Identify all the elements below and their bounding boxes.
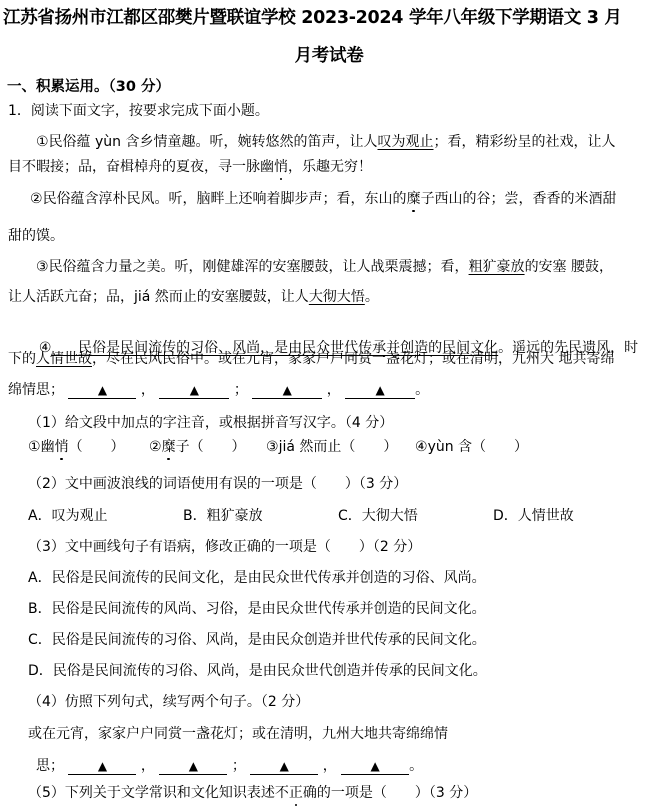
sub-question-3-prompt: （3）文中画线句子有语病，修改正确的一项是（ ）（2 分） bbox=[28, 537, 421, 557]
dotted-emphasis: 不正确 bbox=[275, 785, 317, 801]
option-a[interactable]: A．叹为观止 bbox=[28, 506, 108, 526]
dotted-char: 糜 bbox=[407, 191, 421, 207]
dotted-char: 悄 bbox=[274, 159, 288, 175]
text: 。 bbox=[365, 289, 379, 305]
wavy-underlined-word: 粗犷豪放 bbox=[469, 259, 525, 275]
answer-paren: （ ） bbox=[472, 439, 528, 455]
wavy-underlined-word: 人情世故 bbox=[36, 351, 92, 367]
separator: ； bbox=[232, 758, 246, 774]
text: jiá 然而止 bbox=[279, 439, 342, 455]
triangle-marker-icon: ▲ bbox=[189, 759, 198, 773]
text: ，乐趣无穷！ bbox=[288, 159, 372, 175]
item-number: ④ bbox=[415, 439, 428, 455]
triangle-marker-icon: ▲ bbox=[280, 759, 289, 773]
separator: ， bbox=[141, 382, 155, 398]
option-c[interactable]: C．民俗是民间流传的习俗、风尚，是由民众创造并世代传承的民间文化。 bbox=[28, 630, 486, 650]
option-c[interactable]: C．大彻大悟 bbox=[338, 506, 418, 526]
triangle-marker-icon: ▲ bbox=[376, 383, 385, 397]
separator: 。 bbox=[409, 758, 423, 774]
wavy-underlined-word: 叹为观止 bbox=[378, 134, 434, 150]
item-number: ① bbox=[28, 439, 41, 455]
option-a[interactable]: A．民俗是民间流传的民间文化，是由民众世代传承并创造的习俗、风尚。 bbox=[28, 568, 486, 588]
paragraph-3-line1: ③民俗蕴含力量之美。听，刚健雄浑的安塞腰鼓，让人战栗震撼；看，粗犷豪放的安塞 腰… bbox=[36, 257, 613, 277]
triangle-marker-icon: ▲ bbox=[98, 383, 107, 397]
wavy-underlined-word: 大彻大悟 bbox=[309, 289, 365, 305]
text: 民俗蕴含淳朴民风。听，脑畔上还响着脚步声；看，东山的 bbox=[43, 191, 407, 207]
answer-paren: （ ） bbox=[190, 439, 246, 455]
text: ，尽在民风民俗中。或在元宵，家家户户同赏一盏花灯；或在清明，九州大 地共寄绵 bbox=[92, 351, 614, 367]
paragraph-4-line2: 下的人情世故，尽在民风民俗中。或在元宵，家家户户同赏一盏花灯；或在清明，九州大 … bbox=[8, 349, 614, 369]
text: 子西山的谷；尝，香香的米酒甜 bbox=[421, 191, 617, 207]
text: yùn 含 bbox=[428, 439, 472, 455]
document-title-line1: 江苏省扬州市江都区邵樊片暨联谊学校 2023-2024 学年八年级下学期语文 3… bbox=[3, 6, 622, 30]
document-title-line2: 月考试卷 bbox=[0, 44, 658, 68]
sub-question-4-example-line1: 或在元宵，家家户户同赏一盏花灯；或在清明，九州大地共寄绵绵情 bbox=[28, 724, 448, 744]
answer-blank[interactable]: ▲ bbox=[252, 382, 322, 399]
text: （5）下列关于文学常识和文化知识表述 bbox=[28, 785, 275, 801]
paragraph-1-line1: ①民俗蕴 yùn 含乡情童趣。听，婉转悠然的笛声，让人叹为观止；看，精彩纷呈的社… bbox=[36, 132, 616, 152]
dotted-word: 不正确 bbox=[275, 785, 317, 801]
text: 让人活跃亢奋；品，jiá 然而止的安塞腰鼓，让人 bbox=[8, 289, 309, 305]
sub-question-2-prompt: （2）文中画波浪线的词语使用有误的一项是（ ）（3 分） bbox=[28, 474, 407, 494]
answer-blank[interactable]: ▲ bbox=[250, 758, 318, 775]
separator: ； bbox=[234, 382, 248, 398]
section-heading: 一、积累运用。（30 分） bbox=[7, 77, 170, 97]
text: 目不暇接；品，奋楫棹舟的夏夜，寻一脉幽 bbox=[8, 159, 274, 175]
paragraph-4-line3: 绵情思； ▲ ， ▲ ； ▲ ， ▲。 bbox=[8, 380, 429, 400]
sub-question-4-prompt: （4）仿照下列句式，续写两个句子。（2 分） bbox=[28, 692, 309, 712]
text: 的一项是（ ）（3 分） bbox=[317, 785, 477, 801]
paragraph-number: ① bbox=[36, 134, 49, 150]
text: ；看，精彩纷呈的社戏，让人 bbox=[434, 134, 616, 150]
option-b[interactable]: B．民俗是民间流传的风尚、习俗，是由民众世代传承并创造的民间文化。 bbox=[28, 599, 486, 619]
pinyin-item-2[interactable]: ②糜子（ ） bbox=[149, 437, 246, 457]
pinyin-item-1[interactable]: ①幽悄（ ） bbox=[28, 437, 125, 457]
option-d[interactable]: D．人情世故 bbox=[493, 506, 574, 526]
dotted-char: 悄 bbox=[55, 439, 69, 455]
paragraph-number: ③ bbox=[36, 259, 49, 275]
text: 子 bbox=[176, 439, 190, 455]
text: 民俗蕴含力量之美。听，刚健雄浑的安塞腰鼓，让人战栗震撼；看， bbox=[49, 259, 469, 275]
sub-question-1-prompt: （1）给文段中加点的字注音，或根据拼音写汉字。（4 分） bbox=[28, 413, 393, 433]
answer-blank[interactable]: ▲ bbox=[345, 382, 415, 399]
triangle-marker-icon: ▲ bbox=[283, 383, 292, 397]
paragraph-2-line1: ②民俗蕴含淳朴民风。听，脑畔上还响着脚步声；看，东山的糜子西山的谷；尝，香香的米… bbox=[30, 189, 617, 209]
pinyin-item-3[interactable]: ③jiá 然而止（ ） bbox=[266, 437, 397, 457]
text: 民俗蕴 yùn 含乡情童趣。听，婉转悠然的笛声，让人 bbox=[49, 134, 378, 150]
text: 绵情思； bbox=[8, 382, 64, 398]
answer-paren: （ ） bbox=[69, 439, 125, 455]
sub-question-4-example-line2: 思； ▲ ， ▲ ； ▲ ， ▲。 bbox=[36, 756, 423, 776]
answer-blank[interactable]: ▲ bbox=[68, 382, 136, 399]
question-intro: 1．阅读下面文字，按要求完成下面小题。 bbox=[8, 101, 269, 121]
paragraph-3-line2: 让人活跃亢奋；品，jiá 然而止的安塞腰鼓，让人大彻大悟。 bbox=[8, 287, 379, 307]
answer-blank[interactable]: ▲ bbox=[68, 758, 136, 775]
paragraph-number: ② bbox=[30, 191, 43, 207]
answer-blank[interactable]: ▲ bbox=[159, 758, 227, 775]
item-number: ③ bbox=[266, 439, 279, 455]
option-d[interactable]: D．民俗是民间流传的习俗、风尚，是由民众世代创造并传承的民间文化。 bbox=[28, 661, 487, 681]
text: 思； bbox=[36, 758, 64, 774]
text: 的安塞 腰鼓， bbox=[525, 259, 613, 275]
sub-question-5-prompt: （5）下列关于文学常识和文化知识表述不正确的一项是（ ）（3 分） bbox=[28, 783, 477, 803]
answer-blank[interactable]: ▲ bbox=[159, 382, 229, 399]
separator: ， bbox=[327, 382, 341, 398]
separator: 。 bbox=[415, 382, 429, 398]
separator: ， bbox=[323, 758, 337, 774]
dotted-char: 糜 bbox=[162, 439, 176, 455]
separator: ， bbox=[141, 758, 155, 774]
triangle-marker-icon: ▲ bbox=[98, 759, 107, 773]
pinyin-item-4[interactable]: ④yùn 含（ ） bbox=[415, 437, 528, 457]
answer-blank[interactable]: ▲ bbox=[341, 758, 409, 775]
triangle-marker-icon: ▲ bbox=[190, 383, 199, 397]
option-b[interactable]: B．粗犷豪放 bbox=[183, 506, 263, 526]
answer-paren: （ ） bbox=[341, 439, 397, 455]
triangle-marker-icon: ▲ bbox=[371, 759, 380, 773]
item-number: ② bbox=[149, 439, 162, 455]
paragraph-1-line2: 目不暇接；品，奋楫棹舟的夏夜，寻一脉幽悄，乐趣无穷！ bbox=[8, 157, 372, 177]
text: 下的 bbox=[8, 351, 36, 367]
paragraph-2-line2: 甜的馍。 bbox=[8, 226, 64, 246]
text: 幽 bbox=[41, 439, 55, 455]
